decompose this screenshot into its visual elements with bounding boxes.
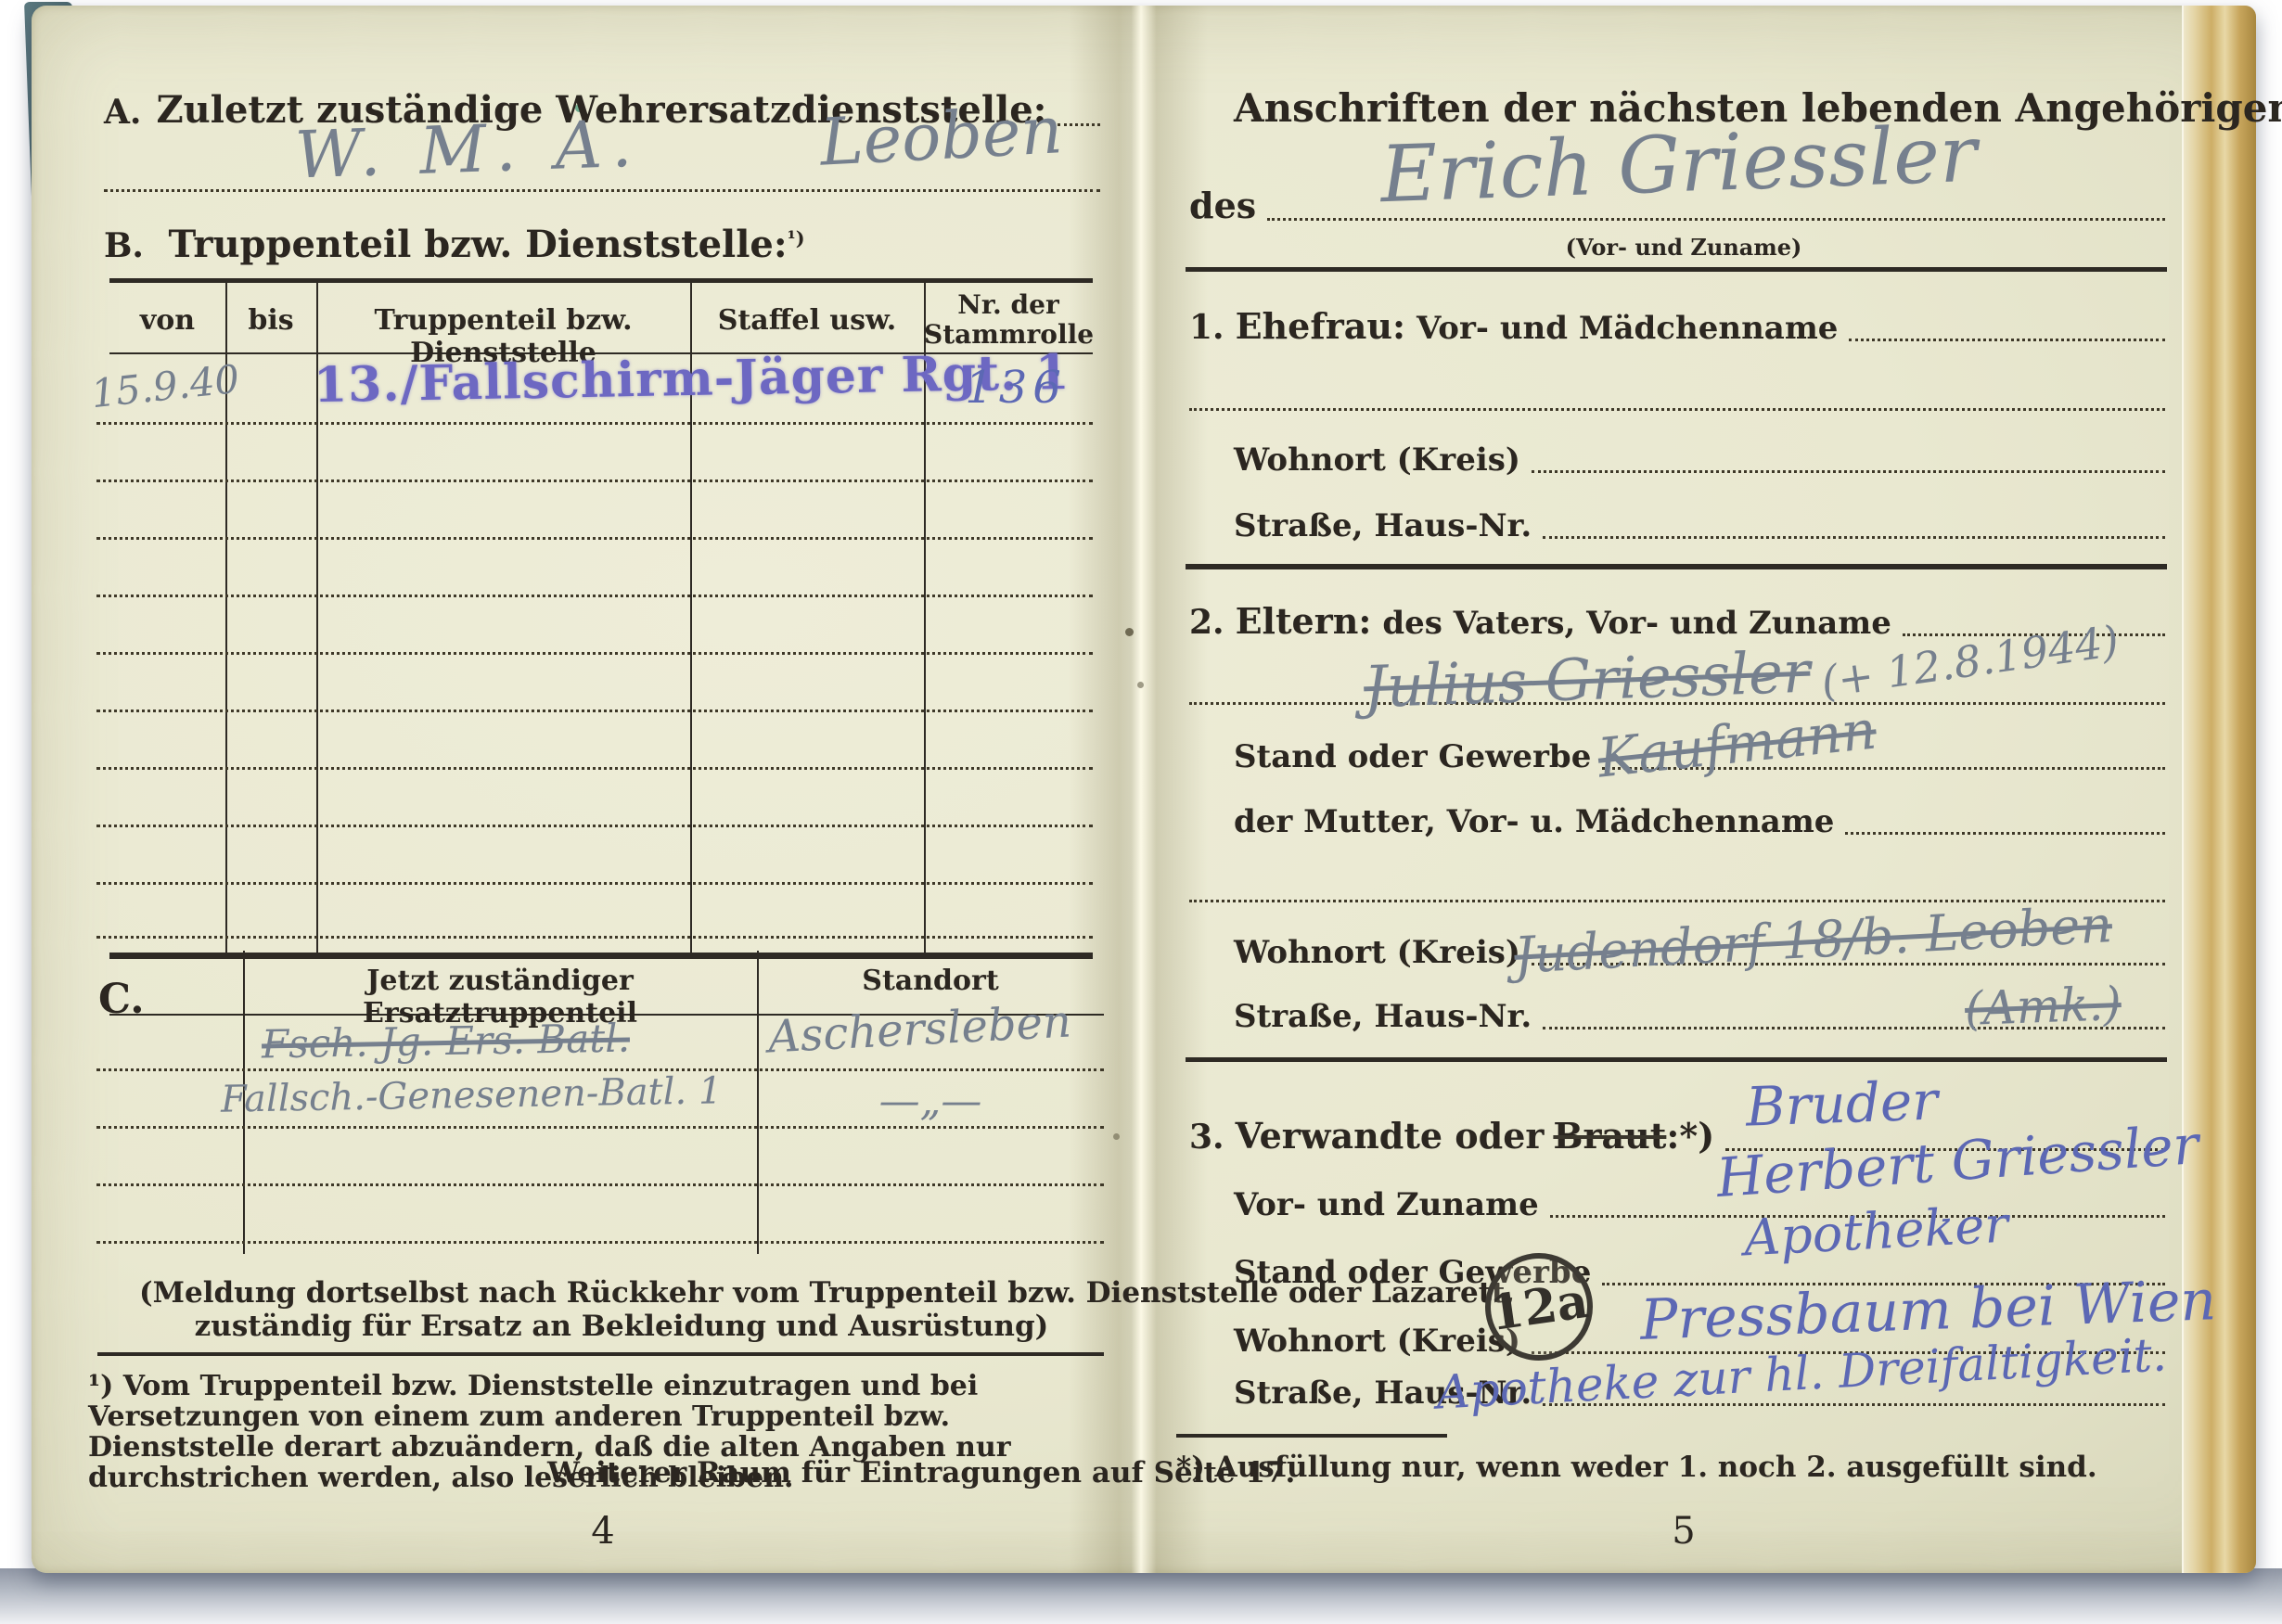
- dotted-leader: [1532, 470, 2165, 473]
- table-row: [96, 710, 1093, 712]
- wehrpass-scan: A. Zuletzt zuständige Wehrersatzdienstst…: [0, 0, 2282, 1624]
- col-header-bis: bis: [225, 305, 316, 338]
- section-3-number: 3.: [1189, 1118, 1224, 1157]
- field-wohnort-1: Wohnort (Kreis): [1234, 436, 2165, 479]
- col-header-standort: Standort: [757, 965, 1104, 998]
- section-2-field-label: des Vaters, Vor- und Zuname: [1382, 605, 1891, 642]
- footnote-marker-star: :*): [1666, 1115, 1714, 1157]
- blank-dotted-line: [104, 189, 1100, 192]
- des-sublabel: (Vor- und Zuname): [1512, 234, 1855, 261]
- table-row: [96, 825, 1093, 827]
- postal-zone-value: 12a: [1486, 1272, 1592, 1341]
- page-number-right: 5: [1619, 1510, 1749, 1553]
- stitch-hole: [1137, 682, 1144, 688]
- footnote-marker-1: ¹): [788, 226, 805, 249]
- section-divider: [1186, 564, 2167, 569]
- section-1-number: 1.: [1189, 308, 1224, 347]
- blank-dotted-line: [1189, 408, 2165, 411]
- table-row: [96, 422, 1093, 425]
- col-header-stammrolle: Nr. der Stammrolle: [924, 290, 1093, 350]
- section-1-heading: Ehefrau:: [1236, 305, 1405, 347]
- strasse-label: Straße, Haus-Nr.: [1234, 507, 1532, 544]
- dotted-leader: [1058, 123, 1100, 126]
- table-row: [96, 1183, 1104, 1186]
- table-row: [96, 936, 1093, 939]
- section-1-field-label: Vor- und Mädchenname: [1417, 310, 1838, 347]
- section-a-label: A.: [104, 93, 141, 132]
- field-ehefrau: 1. Ehefrau: Vor- und Mädchenname: [1189, 304, 2165, 347]
- footnote-star: *) Ausfüllung nur, wenn weder 1. noch 2.…: [1176, 1451, 2160, 1484]
- handwriting-stammrolle-nr: 136: [946, 362, 1085, 414]
- dotted-leader: [1845, 832, 2165, 835]
- table-row: [96, 537, 1093, 540]
- col-header-von: von: [109, 305, 225, 338]
- section-b-heading-row: B. Truppenteil bzw. Dienststelle:¹): [104, 223, 805, 266]
- section-b-label: B.: [104, 226, 144, 265]
- table-row: [96, 882, 1093, 885]
- field-mutter: der Mutter, Vor- u. Mädchenname: [1234, 798, 2165, 840]
- strasse-label: Straße, Haus-Nr.: [1234, 998, 1532, 1035]
- page-number-left: 4: [547, 1510, 659, 1553]
- meldung-note-line1: (Meldung dortselbst nach Rückkehr vom Tr…: [139, 1276, 1104, 1310]
- table-row: [96, 480, 1093, 482]
- name-label: Vor- und Zuname: [1234, 1186, 1539, 1223]
- handwriting-relation: Bruder: [1745, 1068, 1939, 1138]
- more-space-note: Weiterer Raum für Eintragungen auf Seite…: [547, 1456, 1104, 1490]
- wohnort-label: Wohnort (Kreis): [1234, 441, 1520, 479]
- field-strasse-1: Straße, Haus-Nr.: [1234, 502, 2165, 544]
- handwriting-parents-wohnort-note: (Amk.): [1964, 977, 2122, 1036]
- col-header-staffel: Staffel usw.: [690, 305, 924, 338]
- section-b-heading: Truppenteil bzw. Dienststelle:: [169, 223, 788, 266]
- meldung-note-line2: zuständig für Ersatz an Bekleidung und A…: [139, 1310, 1104, 1343]
- stitch-hole: [1125, 628, 1134, 636]
- stand-label: Stand oder Gewerbe: [1234, 738, 1591, 775]
- book-shadow: [0, 1568, 2282, 1624]
- handwriting-leoben: Leoben: [818, 92, 1064, 181]
- table-row: [96, 1126, 1104, 1129]
- wohnort-label: Wohnort (Kreis): [1234, 1323, 1520, 1360]
- footnote-divider: [1176, 1434, 1447, 1438]
- section-divider: [1186, 267, 2167, 272]
- table-row: [96, 652, 1093, 655]
- table-row: [96, 1068, 1104, 1071]
- table-row: [96, 767, 1093, 770]
- section-2-number: 2.: [1189, 603, 1224, 642]
- table-row: [96, 595, 1093, 597]
- footnote-divider: [97, 1352, 1104, 1356]
- braut-label-struck: Braut: [1553, 1115, 1666, 1157]
- stitch-hole: [1113, 1133, 1120, 1140]
- table-row: [96, 1241, 1104, 1244]
- handwriting-ditto: —„—: [757, 1078, 1104, 1125]
- dotted-leader: [1543, 536, 2165, 539]
- section-divider: [1186, 1057, 2167, 1062]
- dotted-leader: [1849, 339, 2165, 341]
- section-2-heading: Eltern:: [1236, 600, 1372, 642]
- page-stack-edge: [2182, 6, 2256, 1573]
- handwriting-wma: W. M. A.: [294, 106, 643, 194]
- section-3-heading: Verwandte oder: [1236, 1115, 1545, 1157]
- handwriting-ersatz-new: Fallsch.-Genesenen-Batl. 1: [221, 1069, 723, 1120]
- mutter-label: der Mutter, Vor- u. Mädchenname: [1234, 803, 1834, 840]
- handwriting-ersatz-old: Fsch. Jg. Ers. Batl.: [262, 1016, 631, 1068]
- des-label: des: [1189, 185, 1256, 226]
- wohnort-label: Wohnort (Kreis): [1234, 934, 1520, 971]
